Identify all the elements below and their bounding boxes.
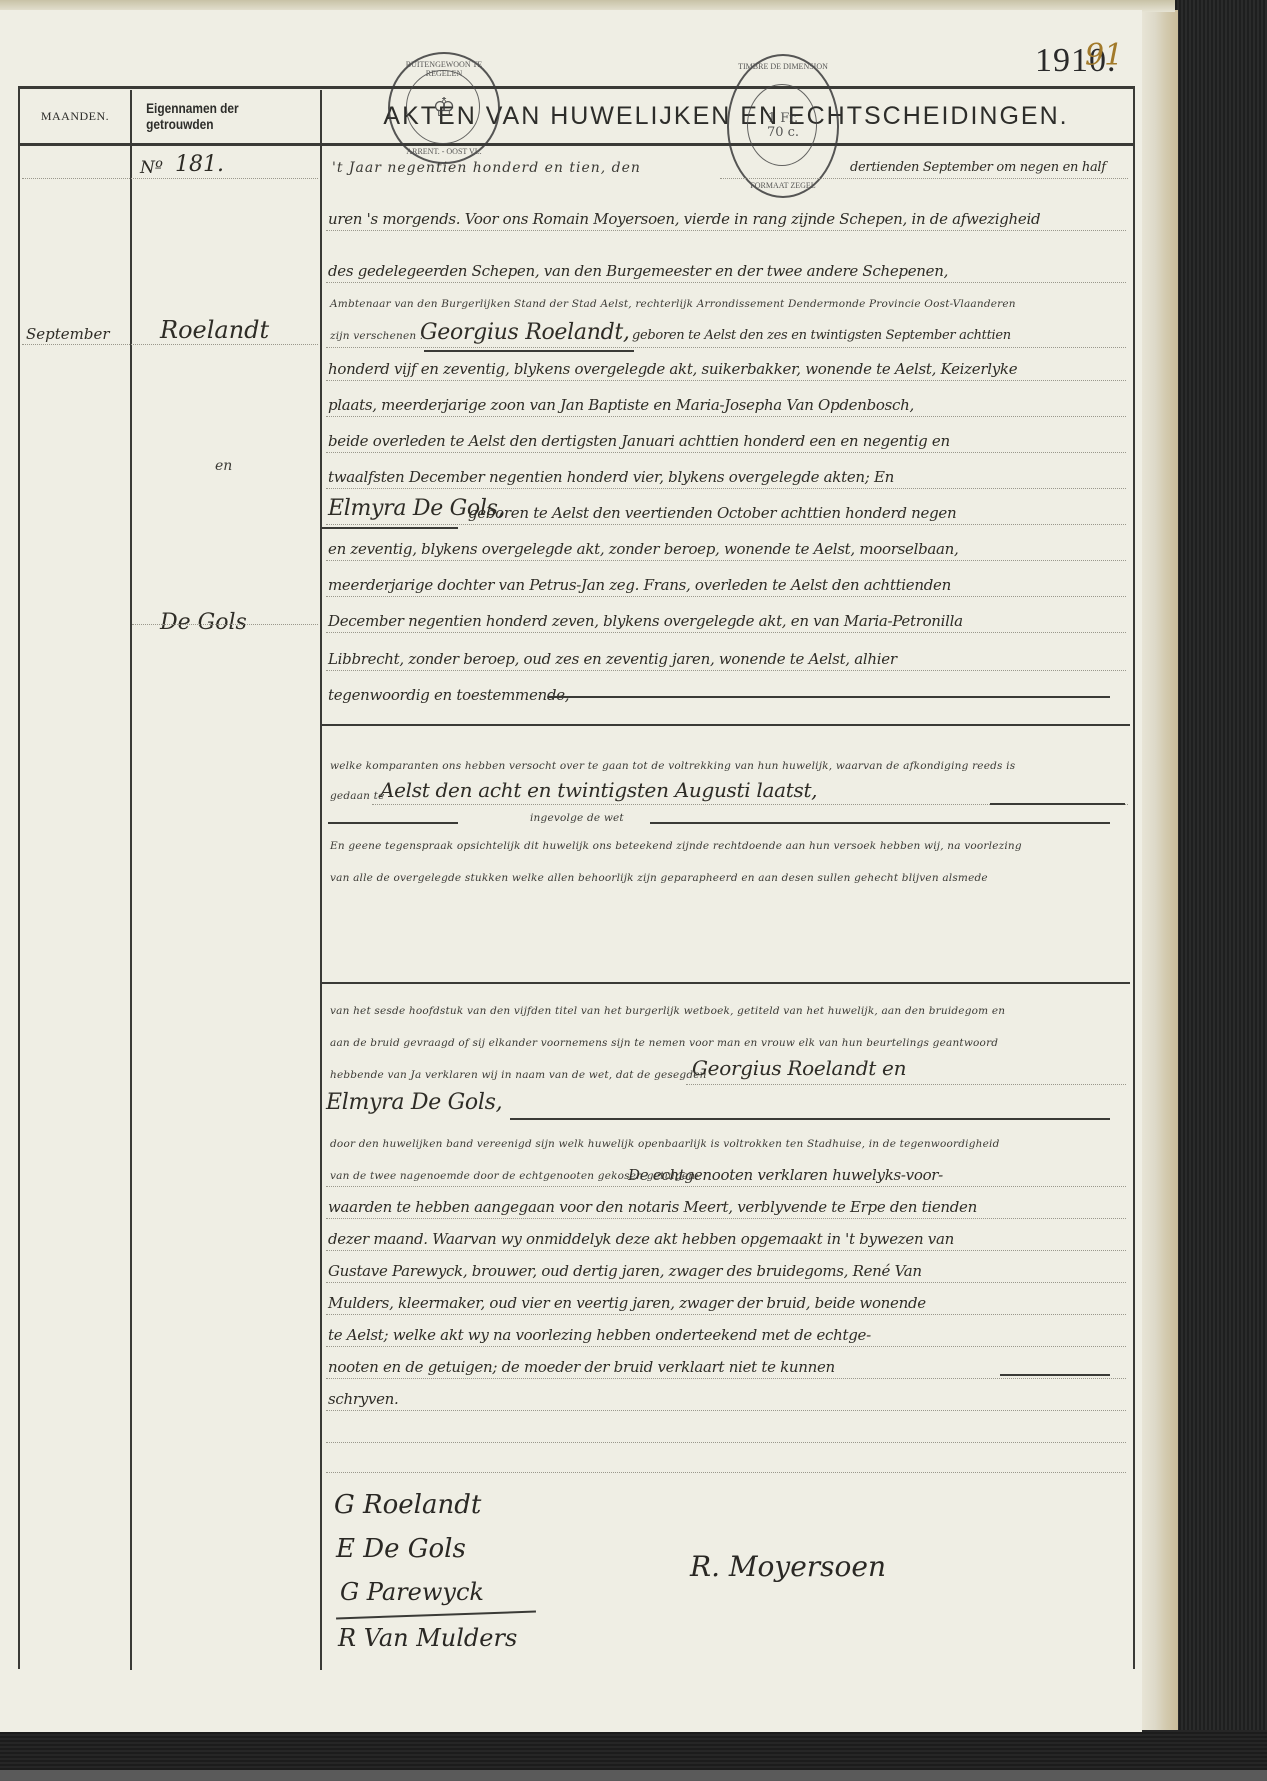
act-opening-printed: 't Jaar negentien honderd en tien, den — [332, 160, 641, 176]
printed-clause: hebbende van Ja verklaren wij in naam va… — [330, 1069, 707, 1081]
section-divider — [322, 724, 1130, 726]
dotted-rule — [686, 1084, 1126, 1085]
stamp-bottom-text: FORMAAT ZEGEL — [729, 181, 837, 190]
declared-spouses-bride: Elmyra De Gols, — [326, 1090, 502, 1115]
act-line: twaalfsten December negentien honderd vi… — [328, 468, 894, 486]
printed-clause: ingevolge de wet — [530, 812, 624, 824]
dotted-rule — [326, 230, 1126, 231]
name-underline — [322, 527, 458, 529]
dotted-rule — [326, 1282, 1126, 1283]
act-line: des gedelegeerden Schepen, van den Burge… — [328, 262, 948, 280]
dotted-rule — [22, 344, 318, 345]
table-header-rule — [18, 143, 1133, 146]
dotted-rule — [326, 560, 1126, 561]
section-divider — [322, 982, 1130, 984]
signature-witness-2: R Van Mulders — [338, 1624, 517, 1652]
printed-clause: van het sesde hoofdstuk van den vijfden … — [330, 1005, 1005, 1017]
fill-rule — [990, 803, 1125, 805]
act-line: December negentien honderd zeven, blyken… — [328, 612, 963, 630]
dotted-rule — [326, 1410, 1126, 1411]
table-top-rule — [18, 86, 1133, 89]
dotted-rule — [326, 416, 1126, 417]
act-line: te Aelst; welke akt wy na voorlezing heb… — [328, 1326, 871, 1344]
signature-witness-1: G Parewyck — [340, 1578, 484, 1606]
register-page: 1910. 91 MAANDEN. Eigennamen der getrouw… — [0, 10, 1142, 1732]
fill-rule — [1000, 1374, 1110, 1376]
dotted-rule — [326, 347, 1126, 348]
dotted-rule — [326, 1472, 1126, 1473]
dotted-rule — [326, 632, 1126, 633]
printed-clause: van alle de overgelegde stukken welke al… — [330, 872, 988, 884]
margin-connector: en — [215, 458, 232, 474]
act-line: geboren te Aelst den zes en twintigsten … — [632, 328, 1011, 343]
margin-bride-surname: De Gols — [160, 610, 247, 635]
act-line: dezer maand. Waarvan wy onmiddelyk deze … — [328, 1230, 954, 1248]
dotted-rule — [326, 1250, 1126, 1251]
dotted-rule — [326, 596, 1126, 597]
act-line: tegenwoordig en toestemmende, — [328, 686, 569, 704]
printed-clause: gedaan te — [330, 790, 385, 802]
printed-clause: En geene tegenspraak opsichtelijk dit hu… — [330, 840, 1022, 852]
dotted-rule — [720, 178, 1128, 179]
dotted-rule — [326, 1186, 1126, 1187]
dotted-rule — [132, 624, 318, 625]
act-line: beide overleden te Aelst den dertigsten … — [328, 432, 950, 450]
stamp-bottom-text: ARRENT. - OOST VL. — [390, 147, 498, 156]
appeared-label: zijn verschenen : — [330, 330, 424, 342]
dotted-rule — [326, 1346, 1126, 1347]
dotted-rule — [326, 1378, 1126, 1379]
dotted-rule — [22, 178, 318, 179]
dotted-rule — [326, 1314, 1126, 1315]
act-line: schryven. — [328, 1390, 398, 1408]
dotted-rule — [326, 488, 1126, 489]
signature-groom: G Roelandt — [334, 1490, 481, 1520]
fill-rule — [510, 1118, 1110, 1120]
dotted-rule — [326, 670, 1126, 671]
signature-bride: E De Gols — [336, 1534, 466, 1564]
groom-full-name: Georgius Roelandt, — [420, 320, 630, 345]
book-cover-bottom — [0, 1730, 1267, 1770]
header-months: MAANDEN. — [20, 90, 130, 142]
act-line: nooten en de getuigen; de moeder der bru… — [328, 1358, 835, 1376]
officer-designation: Ambtenaar van den Burgerlijken Stand der… — [330, 298, 1016, 310]
dotted-rule — [326, 524, 1126, 525]
act-number-label: Nº — [140, 158, 163, 178]
tax-stamp-extraordinary: BUITENGEWOON TE REGELEN ♔ ARRENT. - OOST… — [388, 52, 500, 164]
column-divider-surnames — [320, 90, 322, 1670]
dotted-rule — [326, 452, 1126, 453]
header-surnames: Eigennamen der getrouwden — [146, 90, 306, 142]
fill-rule — [328, 822, 458, 824]
dotted-rule — [326, 1442, 1126, 1443]
folio-number: 91 — [1085, 38, 1123, 73]
declared-spouses-groom: Georgius Roelandt en — [692, 1056, 906, 1080]
act-line: honderd vijf en zeventig, blykens overge… — [328, 360, 1017, 378]
page-stack-edges — [1140, 10, 1178, 1735]
act-line: Gustave Parewyck, brouwer, oud dertig ja… — [328, 1262, 922, 1280]
printed-clause: welke komparanten ons hebben versocht ov… — [330, 760, 1015, 772]
act-line: Mulders, kleermaker, oud vier en veertig… — [328, 1294, 926, 1312]
stamp-value: 1 Fr. 70 c. — [763, 112, 803, 141]
dotted-rule — [326, 1218, 1126, 1219]
act-line: plaats, meerderjarige zoon van Jan Bapti… — [328, 396, 914, 414]
act-line: en zeventig, blykens overgelegde akt, zo… — [328, 540, 959, 558]
tax-stamp-dimension: TIMBRE DE DIMENSION 1 Fr. 70 c. FORMAAT … — [727, 54, 839, 198]
fill-rule — [548, 696, 1110, 698]
act-number: 181. — [175, 152, 224, 177]
book-spine-binding — [1175, 0, 1267, 1770]
stamp-top-text: TIMBRE DE DIMENSION — [729, 62, 837, 71]
name-underline — [424, 350, 634, 352]
act-line: De echtgenooten verklaren huwelyks-voor- — [628, 1166, 943, 1184]
act-line: geboren te Aelst den veertienden October… — [468, 504, 956, 522]
signature-officer: R. Moyersoen — [690, 1550, 886, 1583]
dotted-rule — [326, 380, 1126, 381]
act-line: waarden te hebben aangegaan voor den not… — [328, 1198, 977, 1216]
printed-clause: aan de bruid gevraagd of sij elkander vo… — [330, 1037, 998, 1049]
fill-rule — [650, 822, 1110, 824]
act-line: Libbrecht, zonder beroep, oud zes en zev… — [328, 650, 897, 668]
dotted-rule — [326, 282, 1126, 283]
margin-month: September — [26, 325, 110, 343]
margin-groom-surname: Roelandt — [160, 316, 269, 344]
act-date-hand: dertienden September om negen en half — [850, 160, 1106, 175]
proclamation-place-date: Aelst den acht en twintigsten Augusti la… — [380, 778, 817, 802]
act-line: uren 's morgends. Voor ons Romain Moyers… — [328, 210, 1040, 228]
lion-crest-icon: ♔ — [432, 94, 455, 123]
column-divider-months — [130, 90, 132, 1670]
printed-clause: door den huwelijken band vereenigd sijn … — [330, 1138, 1000, 1150]
act-line: meerderjarige dochter van Petrus-Jan zeg… — [328, 576, 951, 594]
stamp-top-text: BUITENGEWOON TE REGELEN — [390, 60, 498, 78]
